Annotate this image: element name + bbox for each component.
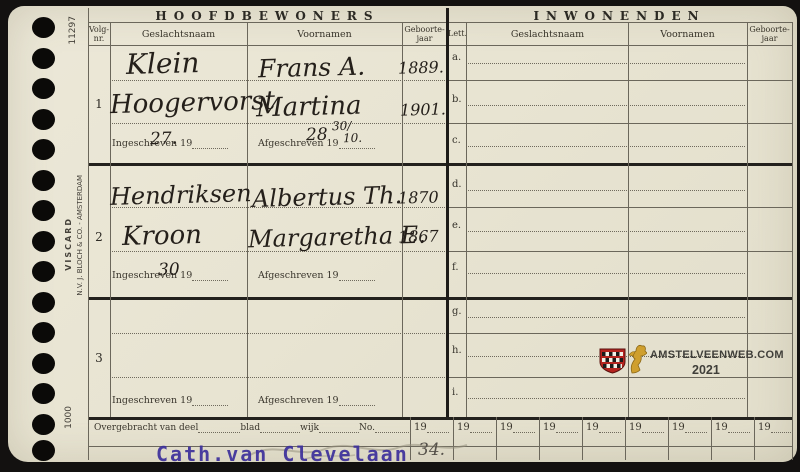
no-label: No.	[359, 423, 375, 433]
writing-line	[468, 273, 745, 274]
col-header-geslachtsnaam-left: Geslachtsnaam	[110, 29, 247, 40]
col-header-geslachtsnaam-right: Geslachtsnaam	[467, 29, 628, 40]
birth-year-handwritten: 1867	[398, 226, 439, 246]
col-header-volgnr: Volg- nr.	[88, 25, 110, 43]
writing-line	[468, 190, 745, 191]
writing-line	[112, 377, 445, 378]
year-cell: 19	[500, 422, 535, 433]
writing-line	[468, 317, 745, 318]
surname-handwritten: Hoogervorst	[110, 86, 276, 120]
writing-line	[468, 63, 745, 64]
col-header-geboortejaar-right: Geboorte- jaar	[747, 25, 792, 43]
binder-hole	[32, 109, 55, 130]
given-names-handwritten: Albertus Th.	[252, 181, 403, 213]
year-cell: 19	[414, 422, 449, 433]
binder-hole	[32, 48, 55, 69]
binder-hole	[32, 261, 55, 282]
table-line	[625, 417, 626, 460]
birth-year-handwritten: 1870	[398, 187, 439, 207]
afgeschreven-year-handwritten: 28	[306, 125, 328, 146]
surname-handwritten: Klein	[126, 46, 200, 81]
serial-number-top: 11297	[68, 16, 78, 45]
binder-hole	[32, 414, 55, 435]
col-header-geboortejaar-left: Geboorte- jaar	[402, 25, 447, 43]
table-line	[449, 207, 792, 208]
letter-label: d.	[452, 179, 462, 190]
year-cell: 19	[629, 422, 664, 433]
scanned-register-card-photo: 11297 N.V. J. BLOCH & CO. - AMSTERDAM VI…	[0, 0, 800, 472]
block-number: 1	[88, 97, 110, 111]
table-line	[247, 22, 248, 417]
amstelveen-crest-icon	[599, 348, 626, 374]
binder-hole	[32, 200, 55, 221]
col-header-voornamen-left: Voornamen	[247, 29, 402, 40]
writing-line	[468, 231, 745, 232]
ingeschreven-year-handwritten: 30	[158, 260, 180, 281]
given-names-handwritten: Frans A.	[258, 52, 366, 84]
table-line	[88, 417, 792, 420]
table-line	[449, 377, 792, 378]
table-line	[110, 22, 111, 417]
year-cell: 19	[715, 422, 750, 433]
letter-label: h.	[452, 345, 462, 356]
table-line	[754, 417, 755, 460]
printer-vertical-text: N.V. J. BLOCH & CO. - AMSTERDAM	[76, 175, 84, 296]
year-cell: 19	[457, 422, 492, 433]
binder-hole	[32, 292, 55, 313]
surname-handwritten: Hendriksen	[110, 179, 252, 211]
wijk-label: wijk	[300, 423, 319, 433]
letter-label: a.	[452, 52, 461, 63]
ingeschreven-label: Ingeschreven 19	[112, 395, 228, 406]
binder-hole	[32, 353, 55, 374]
ingeschreven-year-handwritten: 27.	[150, 129, 178, 150]
year-cell: 19	[543, 422, 578, 433]
table-line	[88, 163, 792, 166]
watermark-site: AMSTELVEENWEB.COM	[650, 349, 784, 361]
block-number: 2	[88, 230, 110, 244]
section-title-hoofdbewoners: HOOFDBEWONERS	[88, 9, 447, 23]
letter-label: c.	[452, 135, 461, 146]
table-line	[449, 333, 792, 334]
table-line	[539, 417, 540, 460]
afgeschreven-date-handwritten: 10.	[343, 131, 362, 145]
table-line	[582, 417, 583, 460]
blad-label: blad	[240, 423, 260, 433]
block-number: 3	[88, 351, 110, 365]
watermark-year: 2021	[692, 363, 720, 377]
letter-label: e.	[452, 220, 461, 231]
year-cell: 19	[672, 422, 707, 433]
binder-hole	[32, 440, 55, 461]
binder-hole	[32, 383, 55, 404]
table-line	[711, 417, 712, 460]
table-line	[449, 251, 792, 252]
binder-hole	[32, 78, 55, 99]
col-header-voornamen-right: Voornamen	[628, 29, 747, 40]
letter-label: f.	[452, 262, 459, 273]
afgeschreven-label: Afgeschreven 19	[258, 395, 375, 406]
table-line	[402, 22, 403, 417]
serial-number-bottom: 1000	[64, 406, 74, 429]
table-line	[449, 123, 792, 124]
section-divider-line	[446, 8, 449, 417]
street-name-stamp: Cath.van Clevelaan	[156, 442, 409, 466]
table-line	[496, 417, 497, 460]
letter-label: i.	[452, 387, 458, 398]
house-number-handwritten: 34.	[418, 440, 445, 460]
brand-vertical-text: VISCARD	[64, 217, 73, 271]
table-line	[792, 22, 793, 460]
writing-line	[468, 398, 745, 399]
writing-line	[112, 123, 445, 124]
letter-label: b.	[452, 94, 462, 105]
table-line	[88, 297, 792, 300]
writing-line	[468, 105, 745, 106]
year-cell: 19	[586, 422, 621, 433]
lion-icon	[625, 343, 647, 374]
binder-hole	[32, 170, 55, 191]
section-title-inwonenden: INWONENDEN	[447, 9, 792, 23]
letter-label: g.	[452, 306, 462, 317]
surname-handwritten: Kroon	[122, 220, 203, 252]
overgebracht-row: Overgebracht van deel blad wijk No.	[94, 422, 411, 433]
binder-hole	[32, 231, 55, 252]
birth-year-handwritten: 1889.	[398, 57, 444, 77]
col-header-lett: Lett.	[448, 29, 467, 38]
writing-line	[468, 146, 745, 147]
table-line	[466, 22, 467, 417]
binder-hole	[32, 17, 55, 38]
overgebracht-label: Overgebracht van deel	[94, 423, 198, 433]
binder-hole	[32, 322, 55, 343]
table-line	[88, 22, 792, 23]
writing-line	[112, 333, 445, 334]
binder-hole	[32, 139, 55, 160]
table-line	[449, 80, 792, 81]
table-line	[668, 417, 669, 460]
birth-year-handwritten: 1901.	[400, 99, 446, 119]
afgeschreven-label: Afgeschreven 19	[258, 270, 375, 281]
year-cell: 19	[758, 422, 793, 433]
